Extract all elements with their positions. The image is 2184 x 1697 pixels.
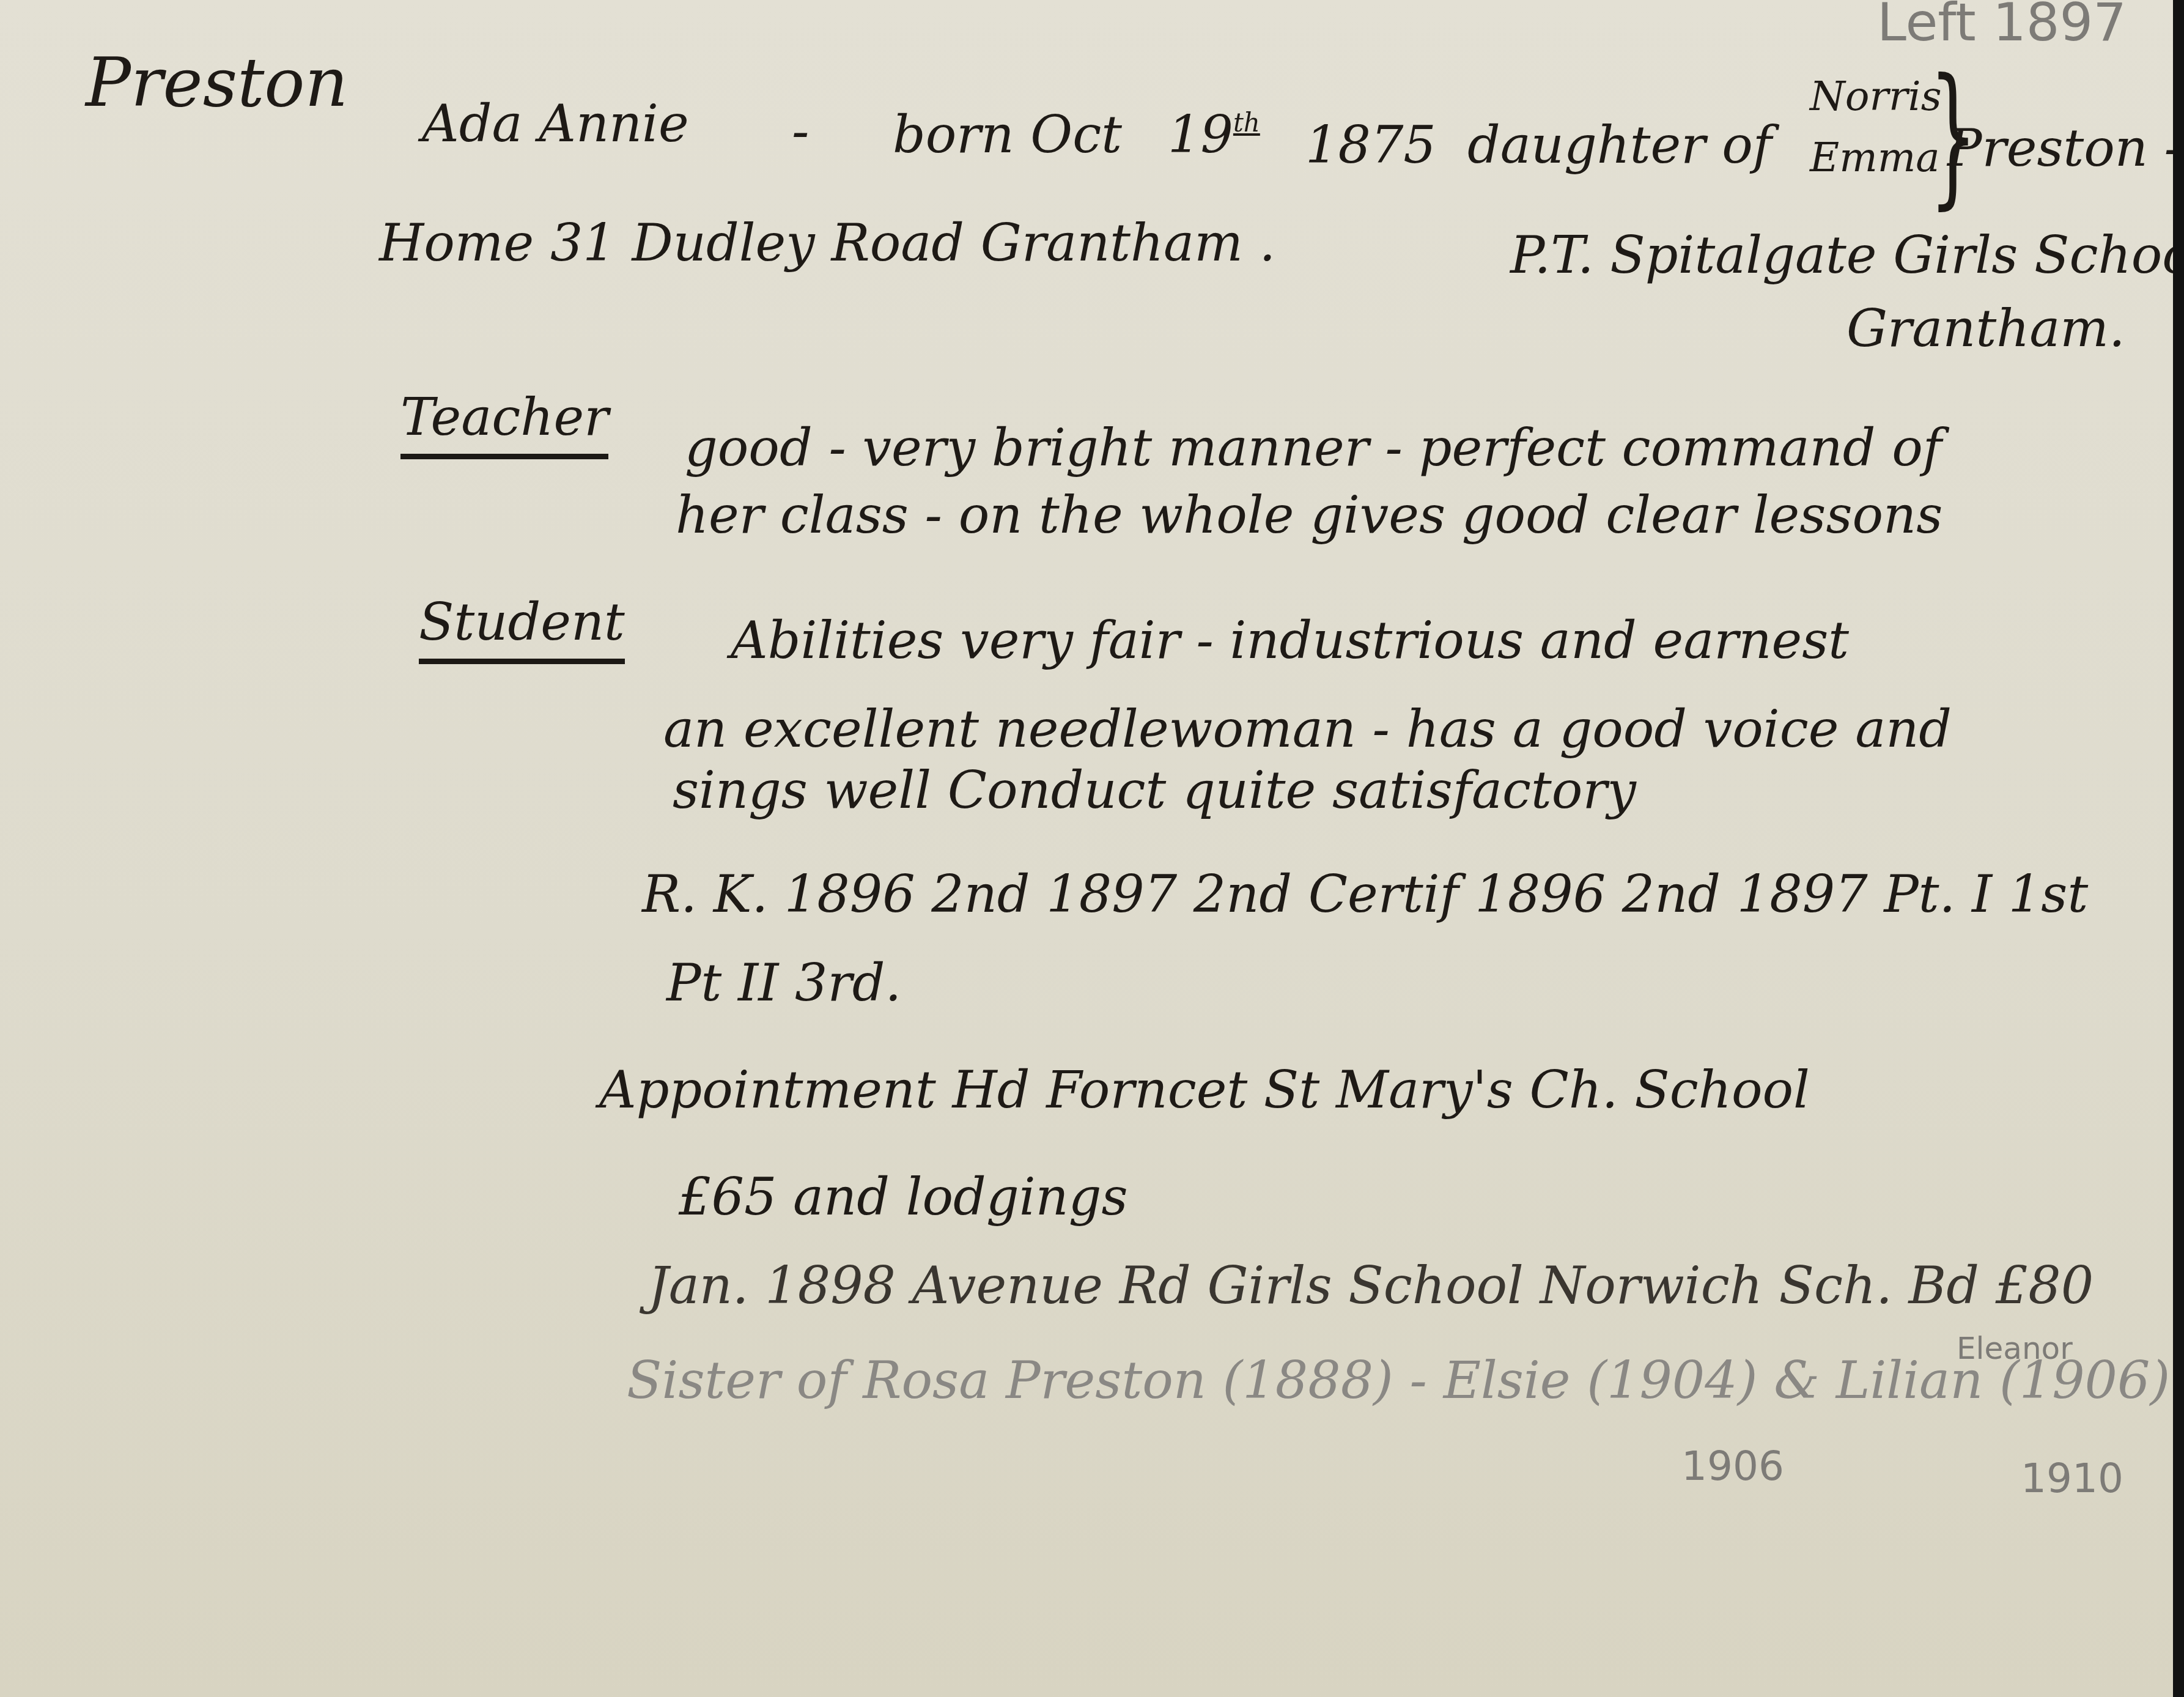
parent-mother: Emma [1810, 138, 1940, 178]
student-remark-line2: an excellent needlewoman - has a good vo… [663, 703, 1952, 755]
birth-day-suffix: th [1233, 108, 1260, 138]
dash: - [792, 105, 809, 157]
sibling-note: Sister of Rosa Preston (1888) - Elsie (1… [627, 1355, 2170, 1406]
appointment-salary: £65 and lodgings [679, 1171, 1128, 1222]
page-edge-shadow [2173, 0, 2184, 1697]
student-remark-line3: sings well Conduct quite satisfactory [673, 764, 1636, 816]
student-remark-line1: Abilities very fair - industrious and ea… [731, 615, 1849, 666]
left-year-note: Left 1897 [1877, 0, 2127, 49]
born-label: born Oct [893, 109, 1122, 160]
student-heading: Student [419, 596, 625, 664]
surname-label: Preston [86, 49, 348, 116]
birth-year: 1875 [1305, 119, 1436, 171]
pupil-teacher-school: P.T. Spitalgate Girls School [1510, 229, 2184, 281]
later-appointment: Jan. 1898 Avenue Rd Girls School Norwich… [648, 1260, 2094, 1311]
pencil-year-1906: 1906 [1681, 1446, 1784, 1487]
exam-results-line1: R. K. 1896 2nd 1897 2nd Certif 1896 2nd … [642, 868, 2088, 920]
school-town: Grantham. [1846, 303, 2125, 354]
birth-day: 19th [1168, 109, 1260, 160]
teacher-heading: Teacher [400, 391, 608, 459]
home-address: Home 31 Dudley Road Grantham . [379, 217, 1275, 268]
teacher-remark-line1: good - very bright manner - perfect comm… [685, 422, 1942, 473]
eleanor-note: Eleanor [1957, 1333, 2073, 1364]
pencil-year-1910: 1910 [2021, 1459, 2123, 1499]
teacher-remark-line2: her class - on the whole gives good clea… [676, 489, 1942, 541]
birth-day-number: 19 [1168, 105, 1233, 165]
exam-results-line2: Pt II 3rd. [666, 957, 901, 1008]
given-names: Ada Annie [422, 98, 689, 149]
appointment-line1: Appointment Hd Forncet St Mary's Ch. Sch… [599, 1064, 1810, 1115]
daughter-of: daughter of [1467, 119, 1772, 171]
register-page: Preston Left 1897 Ada Annie - born Oct 1… [0, 0, 2174, 1697]
parent-surname: Preston - [1947, 122, 2182, 174]
parent-father: Norris [1810, 76, 1942, 117]
